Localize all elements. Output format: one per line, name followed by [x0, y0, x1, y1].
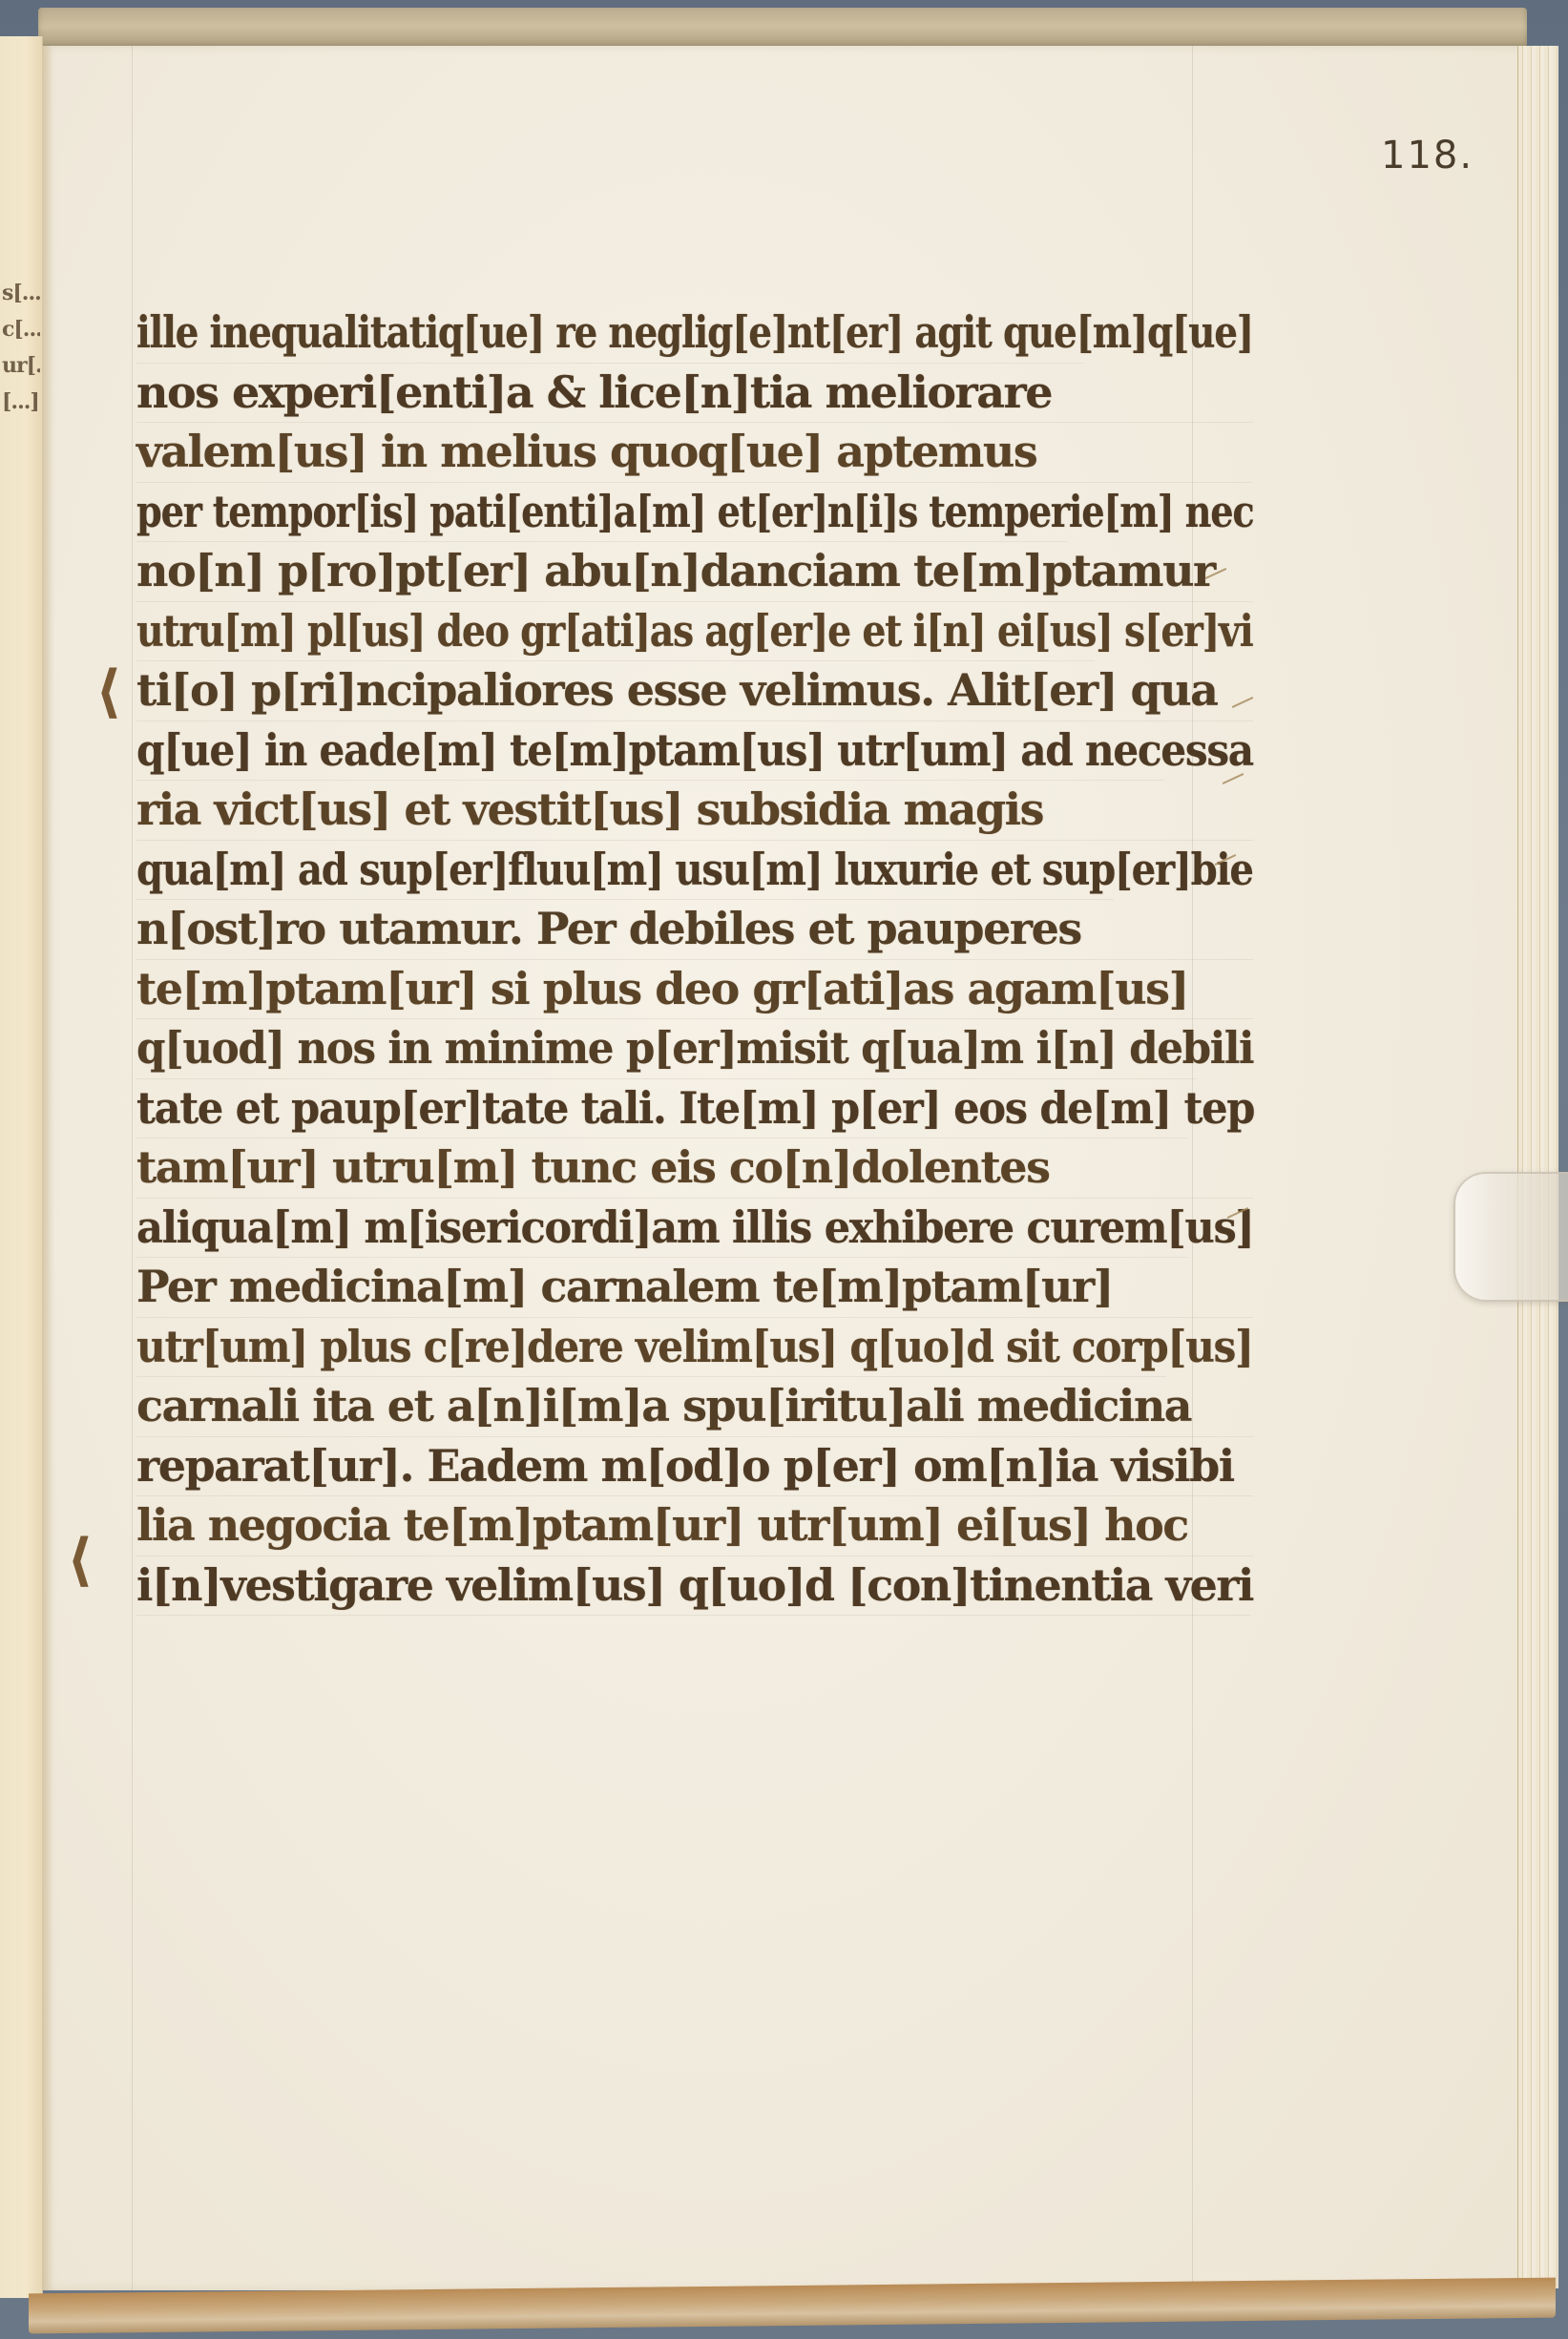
page-stack-edge [1517, 46, 1558, 2288]
text-line: ria vict[us] et vestit[us] subsidia magi… [136, 781, 1253, 841]
text-line: reparat[ur]. Eadem m[od]o p[er] om[n]ia … [136, 1437, 1253, 1497]
paragraph-mark-icon: ⟨ [67, 1527, 93, 1594]
text-line: tate et paup[er]tate tali. Ite[m] p[er] … [136, 1079, 1187, 1139]
text-line: valem[us] in melius quoq[ue] aptemus [136, 423, 1253, 483]
gutter-shadow [42, 46, 53, 2290]
text-line: n[ost]ro utamur. Per debiles et pauperes [136, 900, 1253, 960]
text-line: ille inequalitatiq[ue] re neglig[e]nt[er… [136, 303, 1083, 364]
text-line: i[n]vestigare velim[us] q[uo]d [con]tine… [136, 1556, 1251, 1617]
manuscript-text-block: ille inequalitatiq[ue] re neglig[e]nt[er… [136, 303, 1253, 1616]
page-clip [1453, 1172, 1568, 1302]
text-line: nos experi[enti]a & lice[n]tia meliorare [136, 364, 1253, 424]
text-line: q[ue] in eade[m] te[m]ptam[us] utr[um] a… [136, 721, 1165, 782]
text-line: qua[m] ad sup[er]fluu[m] usu[m] luxurie … [136, 841, 1114, 901]
facing-page-text: s[...] c[...] ur[...] [...] [2, 275, 40, 420]
text-line: no[n] p[ro]pt[er] abu[n]danciam te[m]pta… [136, 542, 1253, 602]
text-line: Per medicina[m] carnalem te[m]ptam[ur] [136, 1258, 1253, 1318]
text-line: tam[ur] utru[m] tunc eis co[n]dolentes [136, 1138, 1253, 1199]
folio-number: 118. [1381, 134, 1474, 178]
facing-page-edge: s[...] c[...] ur[...] [...] [0, 36, 43, 2298]
text-line: utru[m] pl[us] deo gr[ati]as ag[er]e et … [136, 602, 1095, 662]
text-line: carnali ita et a[n]i[m]a spu[iritu]ali m… [136, 1377, 1253, 1437]
ruling-line-left [132, 46, 133, 2290]
text-line: ti[o] p[ri]ncipaliores esse velimus. Ali… [136, 661, 1253, 721]
text-line: per tempor[is] pati[enti]a[m] et[er]n[i]… [136, 483, 1068, 543]
text-line: te[m]ptam[ur] si plus deo gr[ati]as agam… [136, 960, 1253, 1020]
text-line: utr[um] plus c[re]dere velim[us] q[uo]d … [136, 1318, 1166, 1378]
text-line: aliqua[m] m[isericordi]am illis exhibere… [136, 1199, 1187, 1259]
text-line: lia negocia te[m]ptam[ur] utr[um] ei[us]… [136, 1496, 1253, 1556]
binding-top-edge [38, 8, 1527, 50]
text-line: q[uod] nos in minime p[er]misit q[ua]m i… [136, 1019, 1196, 1079]
paragraph-mark-icon: ⟨ [95, 658, 121, 725]
